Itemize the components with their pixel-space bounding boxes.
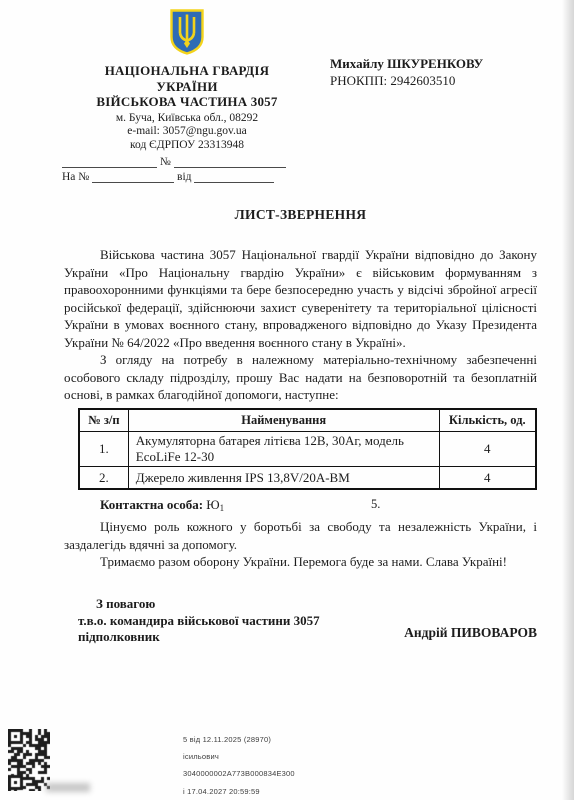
stamp-line-number-date: 5 від 12.11.2025 (28970) bbox=[183, 731, 383, 748]
stamp-line-signer: ісильович bbox=[183, 748, 383, 765]
org-address: м. Буча, Київська обл., 08292 bbox=[62, 112, 312, 126]
requested-items-table: № з/п Найменування Кількість, од. 1. Аку… bbox=[78, 408, 537, 490]
table-header-row: № з/п Найменування Кількість, од. bbox=[79, 409, 536, 432]
paragraph-request: З огляду на потребу в належному матеріал… bbox=[64, 351, 537, 404]
letterhead: НАЦІОНАЛЬНА ГВАРДІЯ УКРАЇНИ ВІЙСЬКОВА ЧА… bbox=[62, 8, 312, 186]
contact-person-line: Контактна особа: Ю1 5. bbox=[64, 497, 537, 513]
stamp-line-serial: 3040000002A773B000834E300 bbox=[183, 765, 383, 782]
phone-fragment: 5. bbox=[371, 497, 380, 512]
body-paragraphs: Військова частина 3057 Національної гвар… bbox=[64, 246, 537, 404]
paragraph-legal-basis: Військова частина 3057 Національної гвар… bbox=[64, 246, 537, 351]
ref-blank-date-line bbox=[62, 156, 157, 168]
org-email: e-mail: 3057@ngu.gov.ua bbox=[62, 125, 312, 139]
header-cell-name: Найменування bbox=[128, 409, 439, 432]
signature-block: З повагою т.в.о. командира військової ча… bbox=[64, 596, 537, 646]
contact-value: Ю bbox=[206, 497, 219, 512]
row1-quantity: 4 bbox=[439, 432, 536, 467]
signature-name: Андрій ПИВОВАРОВ bbox=[404, 625, 537, 642]
ref-no-label: № bbox=[160, 156, 171, 168]
stamp-line-validity: і 17.04.2027 20:59:59 bbox=[183, 783, 383, 800]
table-row: 2. Джерело живлення IPS 13,8V/20A-BM 4 bbox=[79, 467, 536, 490]
digital-stamp-text: 5 від 12.11.2025 (28970) ісильович 30400… bbox=[183, 731, 383, 800]
org-name-line3: ВІЙСЬКОВА ЧАСТИНА 3057 bbox=[62, 94, 312, 110]
ukraine-coat-of-arms-icon bbox=[169, 8, 205, 56]
row2-quantity: 4 bbox=[439, 467, 536, 490]
scanned-letter-page: НАЦІОНАЛЬНА ГВАРДІЯ УКРАЇНИ ВІЙСЬКОВА ЧА… bbox=[0, 0, 574, 800]
row1-number: 1. bbox=[79, 432, 128, 467]
row2-number: 2. bbox=[79, 467, 128, 490]
recipient-id: РНОКПП: 2942603510 bbox=[330, 72, 545, 89]
document-title: ЛИСТ-ЗВЕРНЕННЯ bbox=[64, 207, 537, 223]
org-name-line2: УКРАЇНИ bbox=[62, 79, 312, 95]
signature-regards: З повагою bbox=[96, 596, 537, 613]
contact-label: Контактна особа: bbox=[100, 497, 203, 512]
ref-blank-number-line bbox=[174, 156, 286, 168]
org-name-line1: НАЦІОНАЛЬНА ГВАРДІЯ bbox=[62, 63, 312, 79]
scan-edge-shadow bbox=[562, 0, 574, 800]
qr-code bbox=[8, 729, 50, 791]
reference-lines: № На № від bbox=[62, 156, 312, 186]
recipient-block: Михайлу ШКУРЕНКОВУ РНОКПП: 2942603510 bbox=[330, 55, 545, 89]
qr-smudge-artifact bbox=[46, 783, 90, 792]
row1-item-name: Акумуляторна батарея літієва 12В, 30Аг, … bbox=[128, 432, 439, 467]
table-row: 1. Акумуляторна батарея літієва 12В, 30А… bbox=[79, 432, 536, 467]
contact-redaction-artifact: 1 bbox=[220, 503, 225, 513]
ref-row-reply: На № від bbox=[62, 171, 312, 186]
closing-paragraphs: Цінуємо роль кожного у боротьбі за свобо… bbox=[64, 518, 537, 571]
paragraph-slogan: Тримаємо разом оборону України. Перемога… bbox=[64, 553, 537, 571]
ref-blank-reply-number-line bbox=[92, 171, 174, 183]
ref-na-label: На № bbox=[62, 171, 89, 183]
org-edrpou: код ЄДРПОУ 23313948 bbox=[62, 139, 312, 153]
recipient-name: Михайлу ШКУРЕНКОВУ bbox=[330, 55, 545, 72]
ref-blank-reply-date-line bbox=[194, 171, 274, 183]
paragraph-gratitude: Цінуємо роль кожного у боротьбі за свобо… bbox=[64, 518, 537, 553]
header-cell-number: № з/п bbox=[79, 409, 128, 432]
row2-item-name: Джерело живлення IPS 13,8V/20A-BM bbox=[128, 467, 439, 490]
ref-row-number: № bbox=[62, 156, 312, 171]
ref-vid-label: від bbox=[177, 171, 191, 183]
header-cell-quantity: Кількість, од. bbox=[439, 409, 536, 432]
